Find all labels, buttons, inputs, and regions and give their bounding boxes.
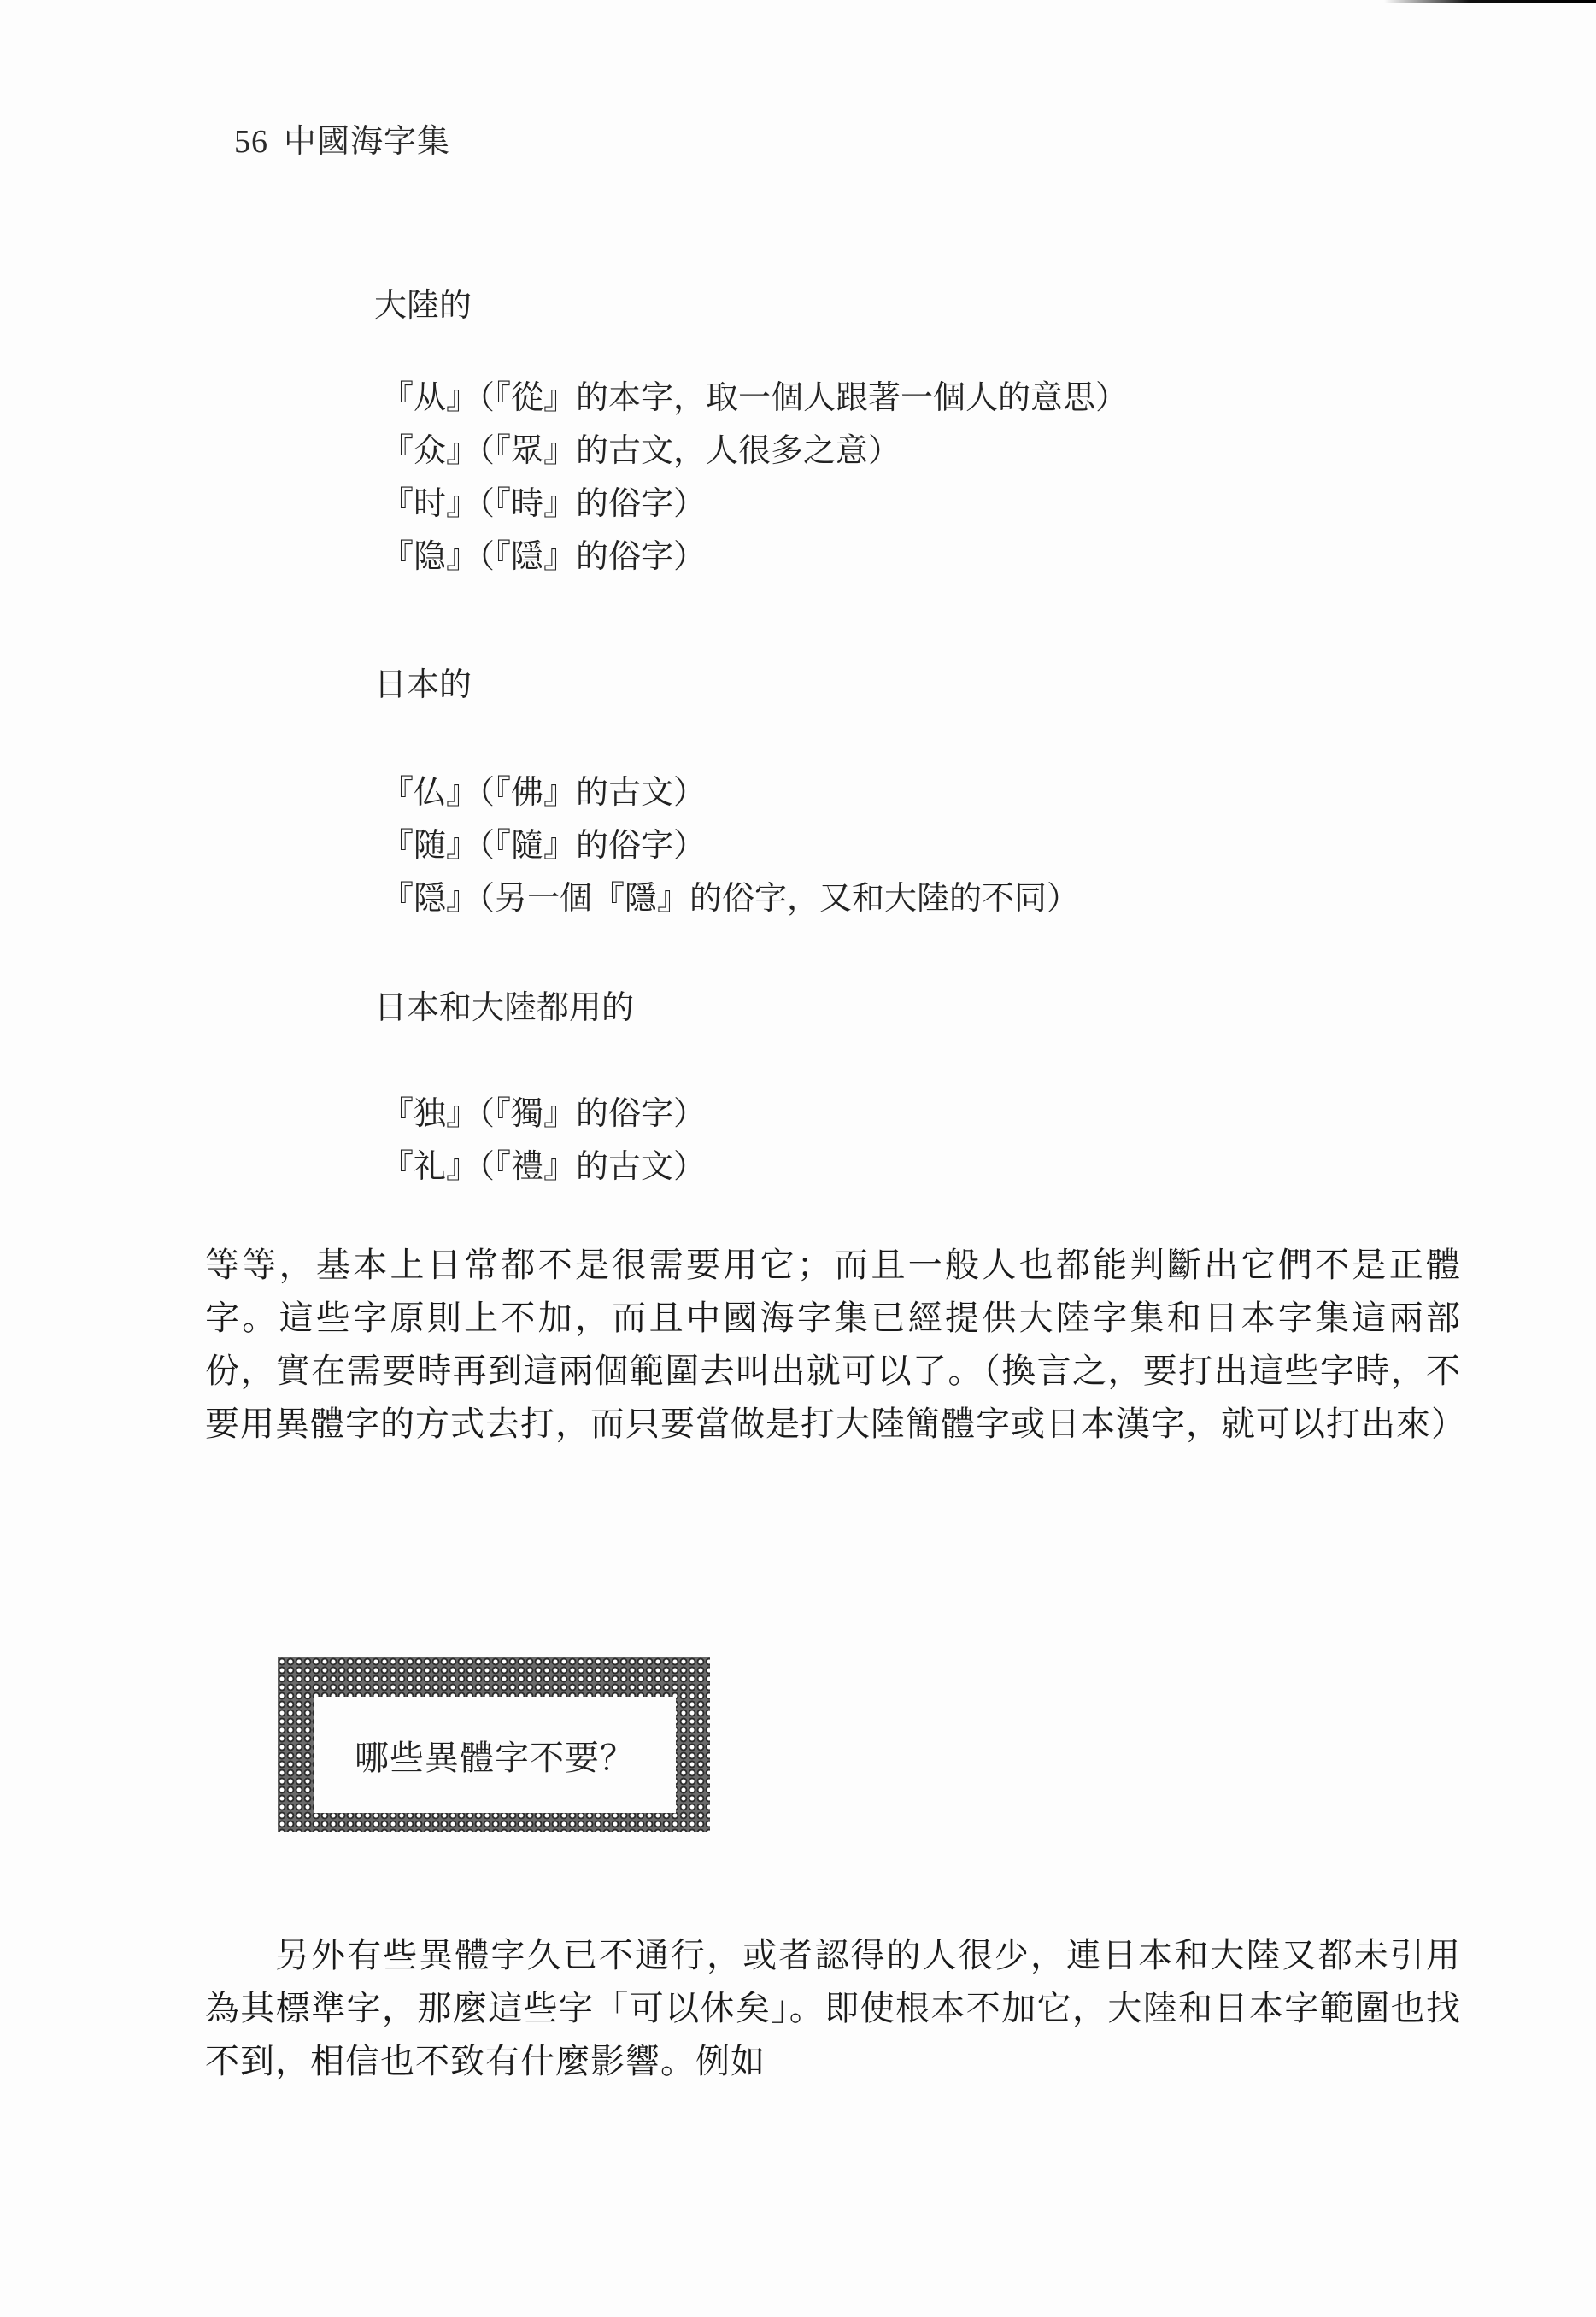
section-heading-both: 日本和大陸都用的	[374, 981, 634, 1028]
japan-variant-list: 『仏』（『佛』的古文） 『随』（『隨』的俗字） 『隠』（另一個『隱』的俗字，又和…	[381, 765, 1079, 924]
list-item: 『从』（『從』的本字，取一個人跟著一個人的意思）	[381, 371, 1128, 424]
list-item: 『隐』（『隱』的俗字）	[381, 530, 1128, 583]
body-paragraph-1: 等等，基本上日常都不是很需要用它；而且一般人也都能判斷出它們不是正體字。這些字原…	[205, 1239, 1461, 1451]
list-item: 『礼』（『禮』的古文）	[381, 1140, 706, 1193]
list-item: 『随』（『隨』的俗字）	[381, 818, 1079, 871]
page-number: 56	[234, 124, 268, 160]
book-title: 中國海字集	[284, 124, 450, 160]
shared-variant-list: 『独』（『獨』的俗字） 『礼』（『禮』的古文）	[381, 1087, 706, 1193]
mainland-variant-list: 『从』（『從』的本字，取一個人跟著一個人的意思） 『众』（『眾』的古文，人很多之…	[381, 371, 1128, 583]
running-head: 56中國海字集	[234, 114, 450, 161]
section-heading-mainland: 大陸的	[374, 279, 472, 326]
list-item: 『独』（『獨』的俗字）	[381, 1087, 706, 1140]
body-paragraph-2: 另外有些異體字久已不通行，或者認得的人很少，連日本和大陸又都未引用為其標準字，那…	[205, 1929, 1461, 2088]
callout-box: 哪些異體字不要？	[278, 1657, 710, 1832]
scan-edge-shadow	[1384, 0, 1596, 3]
callout-title: 哪些異體字不要？	[355, 1731, 635, 1780]
list-item: 『隠』（另一個『隱』的俗字，又和大陸的不同）	[381, 871, 1079, 924]
section-heading-japan: 日本的	[374, 658, 472, 705]
callout-inner: 哪些異體字不要？	[314, 1697, 676, 1813]
list-item: 『仏』（『佛』的古文）	[381, 765, 1079, 818]
list-item: 『众』（『眾』的古文，人很多之意）	[381, 424, 1128, 477]
list-item: 『时』（『時』的俗字）	[381, 477, 1128, 530]
